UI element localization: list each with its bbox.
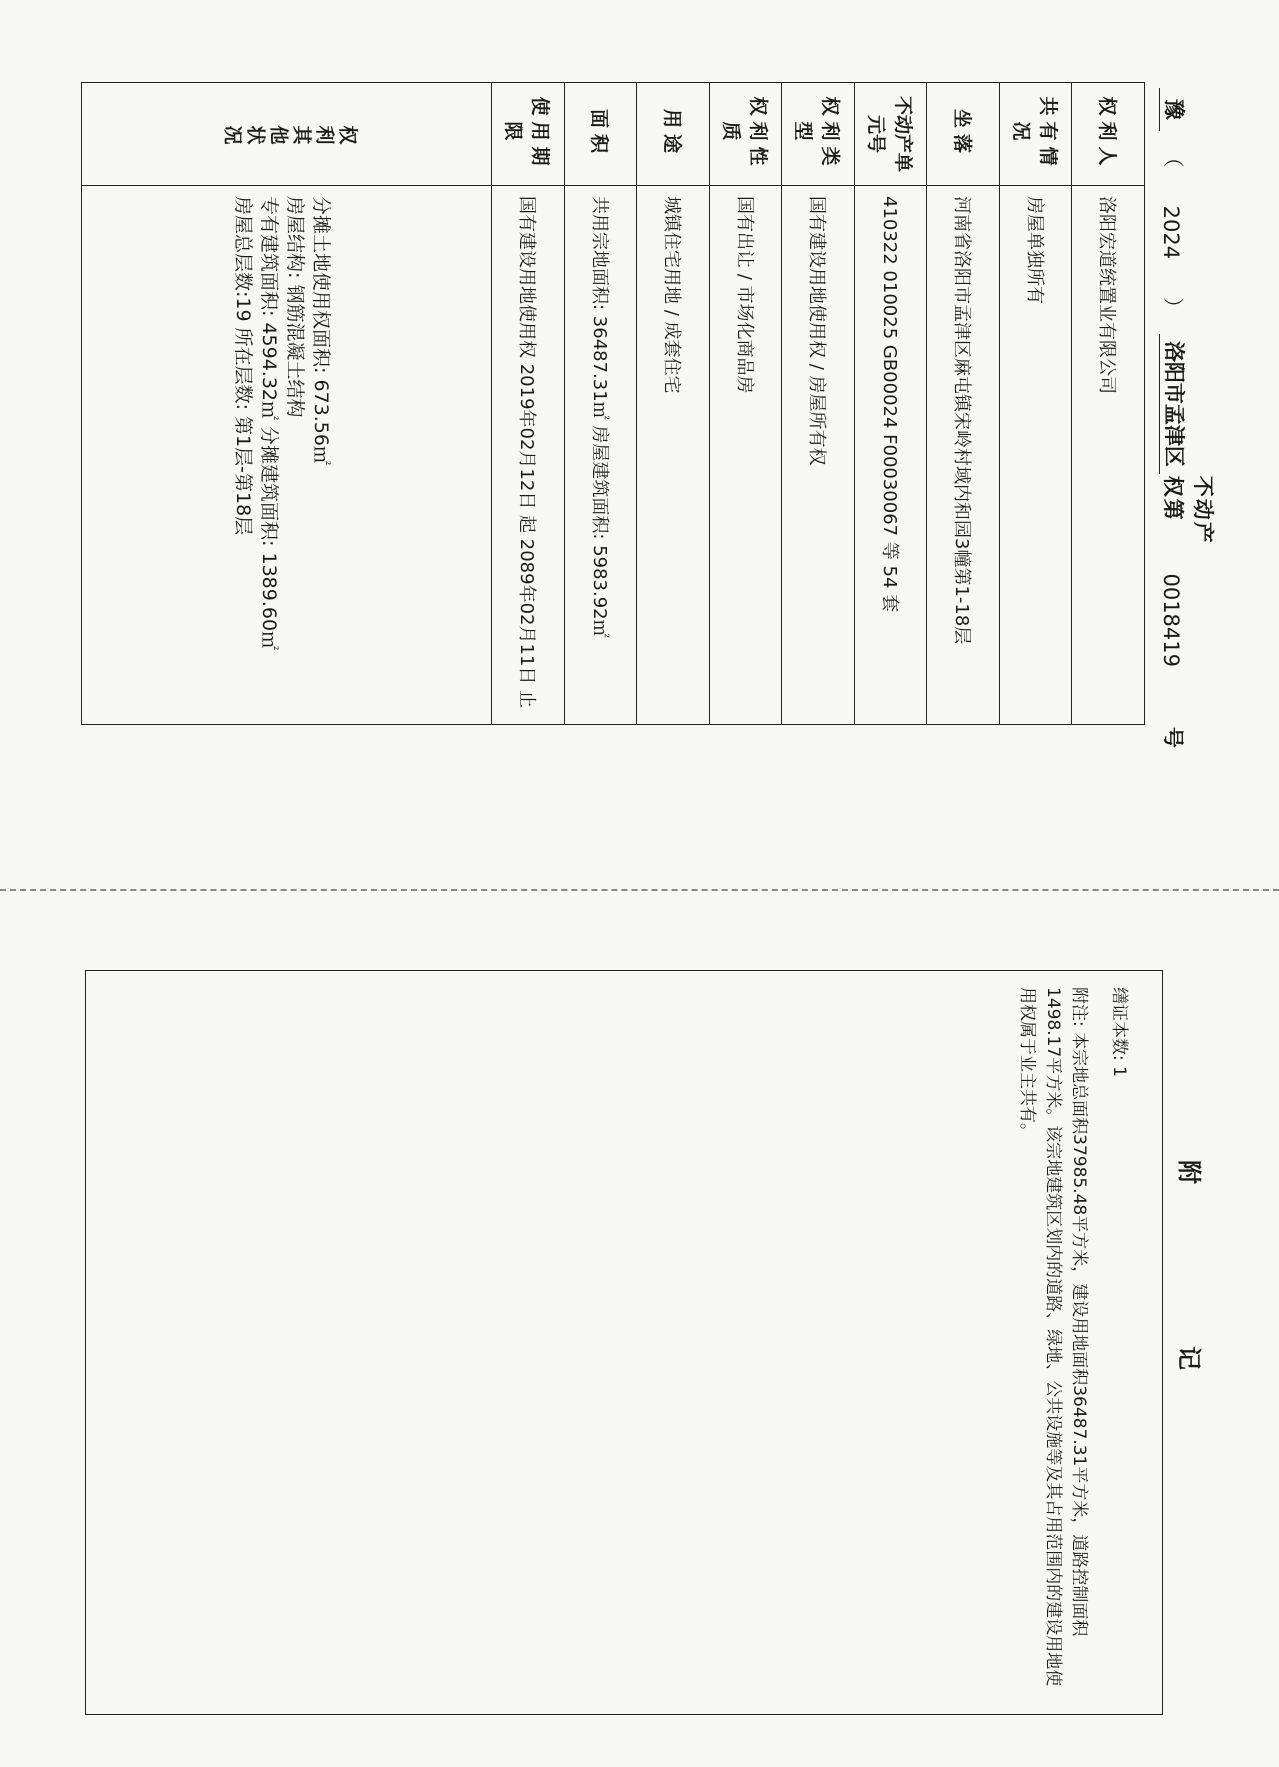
row-label: 用途 xyxy=(637,83,710,186)
other-rights-label: 权利其他状况 xyxy=(220,121,358,148)
row-value: 国有出让 / 市场化商品房 xyxy=(710,186,783,725)
other-rights-row: 权利其他状况 分摊土地使用权面积: 673.56㎡ 房屋结构: 钢筋混凝土结构 … xyxy=(82,83,493,725)
table-row: 坐落 河南省洛阳市孟津区麻屯镇宋岭村域内和园3幢第1-18层 xyxy=(927,83,1000,725)
certificate-sheet: 豫 （ 2024 ） 洛阳市孟津区 不动产权第 0018419 号 权利人 洛阳… xyxy=(0,0,1279,1767)
row-label: 权利性质 xyxy=(710,83,783,186)
number-suffix: 号 xyxy=(1159,727,1189,748)
row-label: 面积 xyxy=(565,83,638,186)
table-row: 权利类型 国有建设用地使用权 / 房屋所有权 xyxy=(782,83,855,725)
row-value: 国有建设用地使用权 2019年02月12日 起 2089年02月11日 止 xyxy=(492,186,565,725)
table-row: 权利人 洛阳宏道统置业有限公司 xyxy=(1072,83,1145,725)
appendix-title: 附 记 xyxy=(1174,1160,1209,1370)
page-fold-divider xyxy=(0,889,1279,891)
row-value: 410322 010025 GB00024 F00030067 等 54 套 xyxy=(855,186,928,725)
row-value: 共用宗地面积: 36487.31㎡ 房屋建筑面积: 5983.92㎡ xyxy=(565,186,638,725)
other-rights-line: 专有建筑面积: 4594.32㎡ 分摊建筑面积: 1389.60㎡ xyxy=(256,196,282,714)
paren-open: （ xyxy=(1159,147,1189,168)
row-label: 权利人 xyxy=(1072,83,1145,186)
city-district: 洛阳市孟津区 xyxy=(1159,334,1190,474)
paren-close: ） xyxy=(1159,297,1189,318)
appendix-note: 附注: 本宗地总面积37985.48平方米，建设用地面积36487.31平方米，… xyxy=(1014,987,1092,1698)
other-rights-label-cell: 权利其他状况 xyxy=(82,83,493,186)
table-row: 使用期限 国有建设用地使用权 2019年02月12日 起 2089年02月11日… xyxy=(492,83,565,725)
table-row: 共有情况 房屋单独所有 xyxy=(1000,83,1073,725)
row-label: 共有情况 xyxy=(1000,83,1073,186)
other-rights-value: 分摊土地使用权面积: 673.56㎡ 房屋结构: 钢筋混凝土结构 专有建筑面积:… xyxy=(82,186,493,725)
other-rights-line: 房屋结构: 钢筋混凝土结构 xyxy=(282,196,308,714)
copies-count: 缮证本数: 1 xyxy=(1106,987,1132,1698)
table-row: 面积 共用宗地面积: 36487.31㎡ 房屋建筑面积: 5983.92㎡ xyxy=(565,83,638,725)
cert-type: 不动产权第 xyxy=(1159,476,1219,556)
table-row: 不动产单元号 410322 010025 GB00024 F00030067 等… xyxy=(855,83,928,725)
row-value: 洛阳宏道统置业有限公司 xyxy=(1072,186,1145,725)
row-label: 不动产单元号 xyxy=(855,83,928,186)
other-rights-line: 分摊土地使用权面积: 673.56㎡ xyxy=(308,196,334,714)
table-row: 权利性质 国有出让 / 市场化商品房 xyxy=(710,83,783,725)
row-value: 房屋单独所有 xyxy=(1000,186,1073,725)
appendix-box: 缮证本数: 1 附注: 本宗地总面积37985.48平方米，建设用地面积3648… xyxy=(85,970,1163,1715)
rights-table: 权利人 洛阳宏道统置业有限公司 共有情况 房屋单独所有 坐落 河南省洛阳市孟津区… xyxy=(81,82,1145,725)
row-value: 国有建设用地使用权 / 房屋所有权 xyxy=(782,186,855,725)
row-label: 使用期限 xyxy=(492,83,565,186)
appendix-title-char: 附 xyxy=(1174,1160,1209,1184)
cert-number: 0018419 xyxy=(1159,573,1183,667)
table-row: 用途 城镇住宅用地 / 成套住宅 xyxy=(637,83,710,725)
certificate-number-line: 豫 （ 2024 ） 洛阳市孟津区 不动产权第 0018419 号 xyxy=(1159,88,1199,748)
row-label: 坐落 xyxy=(927,83,1000,186)
cert-year: 2024 xyxy=(1159,206,1183,259)
appendix-title-char: 记 xyxy=(1174,1346,1209,1370)
row-value: 城镇住宅用地 / 成套住宅 xyxy=(637,186,710,725)
row-value: 河南省洛阳市孟津区麻屯镇宋岭村域内和园3幢第1-18层 xyxy=(927,186,1000,725)
other-rights-line: 房屋总层数:19 所在层数: 第1层-第18层 xyxy=(230,196,256,714)
province-abbr: 豫 xyxy=(1159,88,1190,131)
row-label: 权利类型 xyxy=(782,83,855,186)
